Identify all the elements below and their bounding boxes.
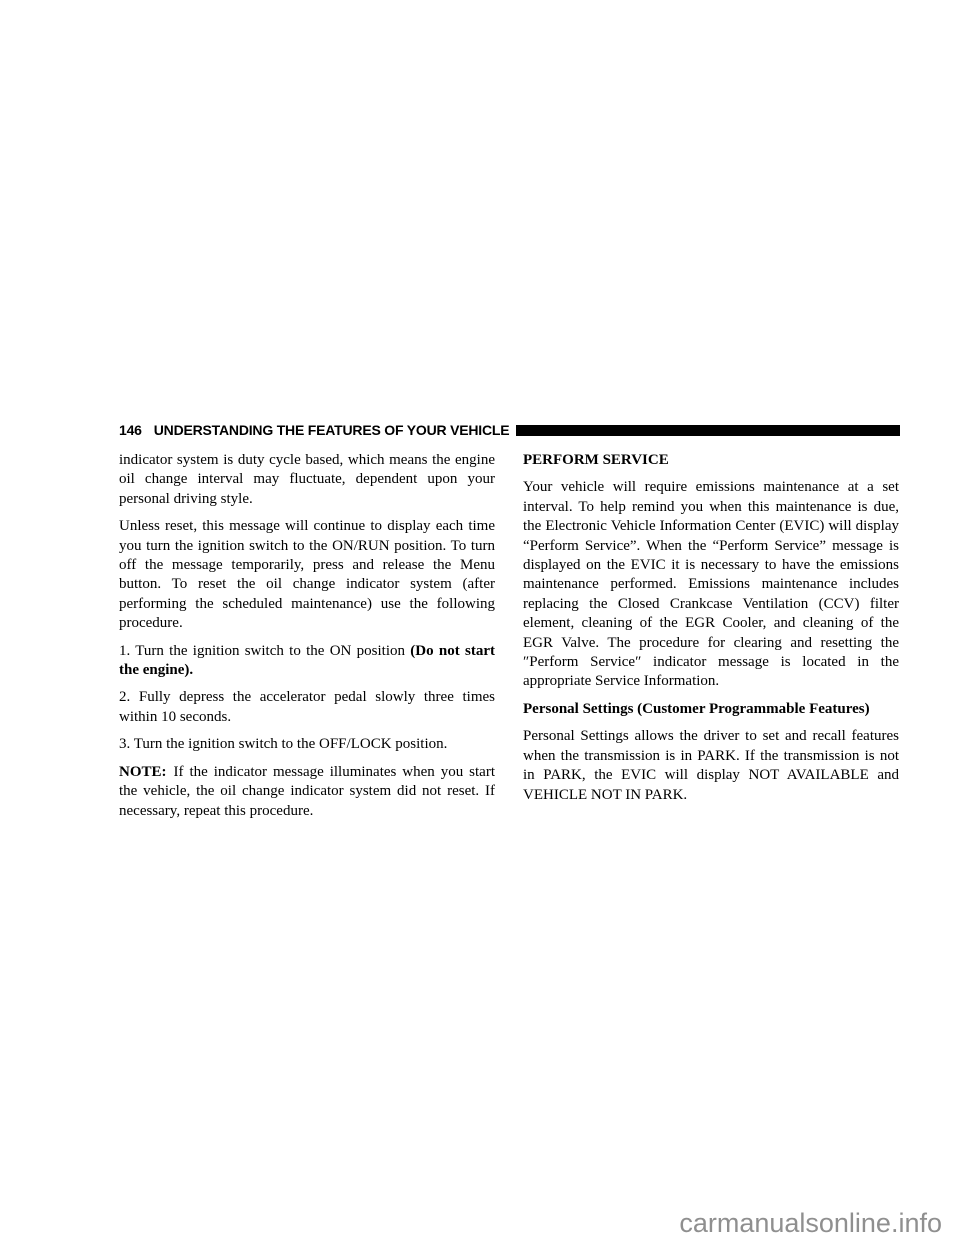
note-label: NOTE: bbox=[119, 764, 167, 780]
header-rule-bar bbox=[516, 425, 900, 436]
page-number: 146 bbox=[119, 422, 142, 438]
step-1: 1. Turn the ignition switch to the ON po… bbox=[119, 642, 495, 681]
right-column: PERFORM SERVICE Your vehicle will requir… bbox=[523, 451, 899, 821]
note-paragraph: NOTE:If the indicator message illuminate… bbox=[119, 763, 495, 821]
step-3: 3. Turn the ignition switch to the OFF/L… bbox=[119, 735, 495, 754]
manual-page: 146 UNDERSTANDING THE FEATURES OF YOUR V… bbox=[0, 0, 960, 1242]
paragraph-personal-settings: Personal Settings allows the driver to s… bbox=[523, 727, 899, 805]
paragraph-unless-reset: Unless reset, this message will continue… bbox=[119, 517, 495, 633]
paragraph-oil-indicator: indicator system is duty cycle based, wh… bbox=[119, 451, 495, 509]
step-2: 2. Fully depress the accelerator pedal s… bbox=[119, 688, 495, 727]
left-column: indicator system is duty cycle based, wh… bbox=[119, 451, 495, 821]
note-text: If the indicator message illuminates whe… bbox=[119, 764, 495, 819]
heading-personal-settings: Personal Settings (Customer Programmable… bbox=[523, 700, 899, 719]
page-header: 146 UNDERSTANDING THE FEATURES OF YOUR V… bbox=[119, 422, 900, 438]
heading-perform-service: PERFORM SERVICE bbox=[523, 451, 899, 470]
paragraph-perform-service: Your vehicle will require emissions main… bbox=[523, 478, 899, 691]
watermark-text: carmanualsonline.info bbox=[679, 1210, 942, 1237]
text-columns: indicator system is duty cycle based, wh… bbox=[119, 451, 900, 821]
page-title: UNDERSTANDING THE FEATURES OF YOUR VEHIC… bbox=[154, 422, 510, 438]
step-1-text: 1. Turn the ignition switch to the ON po… bbox=[119, 643, 410, 659]
